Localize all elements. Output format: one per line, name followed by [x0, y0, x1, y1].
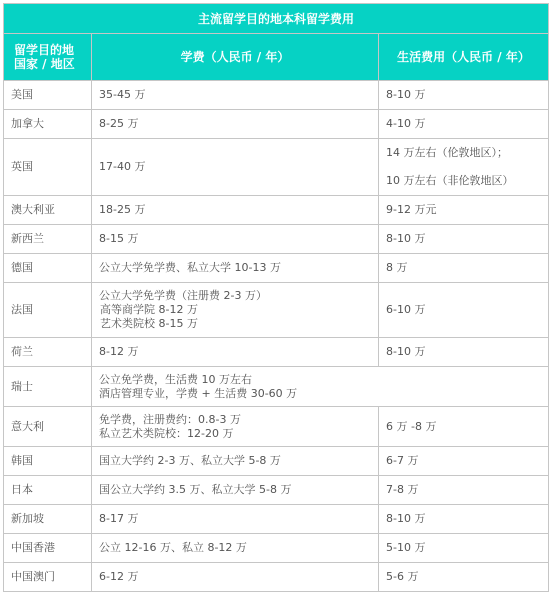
country-cell: 新西兰 [4, 225, 92, 254]
table-row: 英国 17-40 万 14 万左右（伦敦地区）； 10 万左右（非伦敦地区） [4, 139, 549, 196]
country-cell: 澳大利亚 [4, 196, 92, 225]
tuition-cell: 公立大学免学费、私立大学 10-13 万 [92, 254, 379, 283]
table-row: 美国 35-45 万 8-10 万 [4, 81, 549, 110]
tuition-line: 公立大学免学费（注册费 2-3 万） [99, 289, 371, 303]
combined-line: 公立免学费，生活费 10 万左右 [99, 373, 541, 387]
table-row: 新西兰 8-15 万 8-10 万 [4, 225, 549, 254]
living-cell: 6-7 万 [379, 447, 549, 476]
tuition-line: 私立艺术类院校：12-20 万 [99, 427, 371, 441]
country-cell: 瑞士 [4, 367, 92, 407]
combined-cost-cell: 公立免学费，生活费 10 万左右 酒店管理专业，学费 + 生活费 30-60 万 [92, 367, 549, 407]
tuition-cell: 公立 12-16 万、私立 8-12 万 [92, 534, 379, 563]
living-cell: 6-10 万 [379, 283, 549, 338]
country-cell: 英国 [4, 139, 92, 196]
country-cell: 德国 [4, 254, 92, 283]
tuition-line: 艺术类院校 8-15 万 [99, 317, 371, 331]
tuition-cell: 国立大学约 2-3 万、私立大学 5-8 万 [92, 447, 379, 476]
living-cell: 5-10 万 [379, 534, 549, 563]
tuition-cell: 8-17 万 [92, 505, 379, 534]
country-cell: 加拿大 [4, 110, 92, 139]
living-cell: 14 万左右（伦敦地区）； 10 万左右（非伦敦地区） [379, 139, 549, 196]
table-row: 德国 公立大学免学费、私立大学 10-13 万 8 万 [4, 254, 549, 283]
tuition-cell: 8-15 万 [92, 225, 379, 254]
tuition-cell: 8-25 万 [92, 110, 379, 139]
living-cell: 4-10 万 [379, 110, 549, 139]
country-cell: 荷兰 [4, 338, 92, 367]
table-row: 澳大利亚 18-25 万 9-12 万元 [4, 196, 549, 225]
header-living: 生活费用（人民币 / 年） [379, 34, 549, 81]
tuition-line: 高等商学院 8-12 万 [99, 303, 371, 317]
country-cell: 中国澳门 [4, 563, 92, 592]
header-country-line1: 留学目的地 [14, 43, 84, 57]
table-title: 主流留学目的地本科留学费用 [4, 4, 549, 34]
country-cell: 日本 [4, 476, 92, 505]
tuition-cell: 国公立大学约 3.5 万、私立大学 5-8 万 [92, 476, 379, 505]
tuition-cell: 免学费，注册费约：0.8-3 万 私立艺术类院校：12-20 万 [92, 407, 379, 447]
country-cell: 中国香港 [4, 534, 92, 563]
table-title-row: 主流留学目的地本科留学费用 [4, 4, 549, 34]
table-row: 新加坡 8-17 万 8-10 万 [4, 505, 549, 534]
living-cell: 7-8 万 [379, 476, 549, 505]
table-row: 加拿大 8-25 万 4-10 万 [4, 110, 549, 139]
living-cell: 6 万 -8 万 [379, 407, 549, 447]
living-cell: 8-10 万 [379, 225, 549, 254]
living-cell: 9-12 万元 [379, 196, 549, 225]
living-line: 14 万左右（伦敦地区）； [386, 139, 541, 167]
header-country: 留学目的地 国家 / 地区 [4, 34, 92, 81]
table-row: 荷兰 8-12 万 8-10 万 [4, 338, 549, 367]
country-cell: 法国 [4, 283, 92, 338]
tuition-cell: 8-12 万 [92, 338, 379, 367]
living-cell: 8 万 [379, 254, 549, 283]
living-cell: 8-10 万 [379, 81, 549, 110]
country-cell: 意大利 [4, 407, 92, 447]
table-row: 中国澳门 6-12 万 5-6 万 [4, 563, 549, 592]
country-cell: 韩国 [4, 447, 92, 476]
table-row: 日本 国公立大学约 3.5 万、私立大学 5-8 万 7-8 万 [4, 476, 549, 505]
table-header-row: 留学目的地 国家 / 地区 学费（人民币 / 年） 生活费用（人民币 / 年） [4, 34, 549, 81]
living-cell: 8-10 万 [379, 338, 549, 367]
tuition-cell: 公立大学免学费（注册费 2-3 万） 高等商学院 8-12 万 艺术类院校 8-… [92, 283, 379, 338]
tuition-cell: 17-40 万 [92, 139, 379, 196]
living-line: 10 万左右（非伦敦地区） [386, 167, 541, 195]
country-cell: 新加坡 [4, 505, 92, 534]
header-country-line2: 国家 / 地区 [14, 57, 84, 71]
table-row: 瑞士 公立免学费，生活费 10 万左右 酒店管理专业，学费 + 生活费 30-6… [4, 367, 549, 407]
tuition-line: 免学费，注册费约：0.8-3 万 [99, 413, 371, 427]
tuition-cost-table: 主流留学目的地本科留学费用 留学目的地 国家 / 地区 学费（人民币 / 年） … [3, 3, 549, 592]
header-tuition: 学费（人民币 / 年） [92, 34, 379, 81]
combined-line: 酒店管理专业，学费 + 生活费 30-60 万 [99, 387, 541, 401]
living-cell: 5-6 万 [379, 563, 549, 592]
living-cell: 8-10 万 [379, 505, 549, 534]
country-cell: 美国 [4, 81, 92, 110]
table-row: 中国香港 公立 12-16 万、私立 8-12 万 5-10 万 [4, 534, 549, 563]
tuition-cell: 6-12 万 [92, 563, 379, 592]
table-row: 韩国 国立大学约 2-3 万、私立大学 5-8 万 6-7 万 [4, 447, 549, 476]
table-row: 意大利 免学费，注册费约：0.8-3 万 私立艺术类院校：12-20 万 6 万… [4, 407, 549, 447]
tuition-cell: 18-25 万 [92, 196, 379, 225]
table-row: 法国 公立大学免学费（注册费 2-3 万） 高等商学院 8-12 万 艺术类院校… [4, 283, 549, 338]
tuition-cell: 35-45 万 [92, 81, 379, 110]
